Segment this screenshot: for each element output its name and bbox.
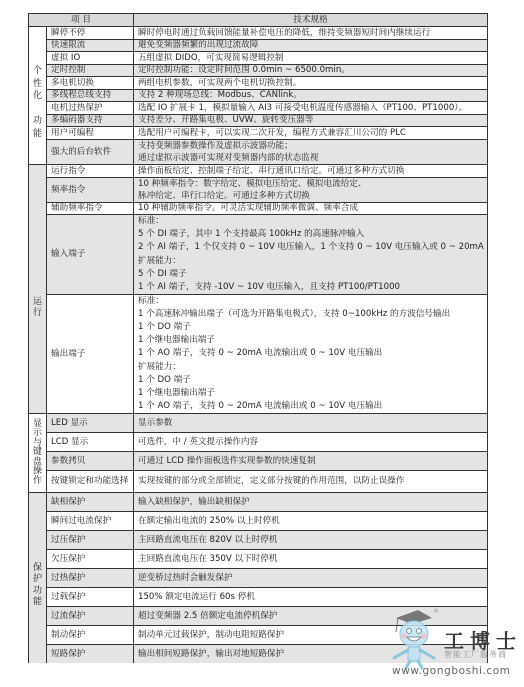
spec-line: 可通过 LCD 操作面板选件实现参数的快速复制 [138, 455, 487, 468]
spec-line: 1 个 AO 端子，支持 0 ~ 20mA 电流输出或 0 ~ 10V 电压输出 [138, 400, 487, 413]
category-char: 化 [33, 90, 42, 103]
spec-line: 瞬时停电时通过负载回馈能量补偿电压的降低，维持变频器短时间内继续运行 [138, 27, 487, 39]
item-name: 过热保护 [46, 569, 133, 587]
item-name: 过压保护 [46, 531, 133, 549]
table-row: 输入端子标准：5 个 DI 端子，其中 1 个支持最高 100kHz 的高速脉冲… [46, 214, 487, 294]
item-name: 快速限流 [46, 40, 133, 51]
spec-line: 5 个 DI 端子，其中 1 个支持最高 100kHz 的高速脉冲输入 [138, 228, 487, 241]
item-spec: 150% 额定电流运行 60s 停机 [133, 588, 487, 606]
item-name: 定时控制 [46, 65, 133, 76]
spec-line: 避免变频器频繁的出现过流故障 [138, 40, 487, 51]
spec-line: 选配用户可编程卡，可以实现二次开发，编程方式兼容汇川公司的 PLC [138, 127, 487, 139]
brand-tagline: 智能工厂服务商 [444, 649, 507, 660]
spec-line: 支持 2 种现场总线：Modbus、CANlink。 [138, 90, 487, 101]
spec-line: 1 个高速脉冲输出端子（可选为开路集电极式），支持 0~100kHz 的方波信号… [138, 308, 487, 321]
table-row: 瞬停不停瞬时停电时通过负载回馈能量补偿电压的降低，维持变频器短时间内继续运行 [46, 26, 487, 39]
header-spec: 技术规格 [133, 14, 487, 26]
table-row: 输出端子标准：1 个高速脉冲输出端子（可选为开路集电极式），支持 0~100kH… [46, 294, 487, 413]
category-cell: 保护功能 [29, 492, 46, 663]
item-spec: 选配用户可编程卡，可以实现二次开发，编程方式兼容汇川公司的 PLC [133, 127, 487, 139]
spec-line: 1 个 DO 端子 [138, 321, 487, 334]
spec-line: 150% 额定电流运行 60s 停机 [138, 591, 487, 604]
spec-line: 1 个 AO 端子，支持 0 ~ 20mA 电流输出或 0 ~ 10V 电压输出 [138, 347, 487, 360]
item-spec: 10 种频率指令：数字给定、模拟电压给定、模拟电流给定、脉冲给定、串行口给定。可… [133, 178, 487, 202]
spec-line: 脉冲给定、串行口给定。可通过多种方式切换 [138, 190, 487, 202]
item-spec: 两组电机参数，可实现两个电机切换控制。 [133, 77, 487, 89]
item-name: LED 显示 [46, 414, 133, 432]
table-row: LCD 显示可选件，中 / 英文提示操作内容 [46, 432, 487, 451]
category-char: 个 [33, 65, 42, 78]
item-spec: 五组虚拟 DIDO，可实现简易逻辑控制 [133, 52, 487, 64]
category-char: 性 [33, 78, 42, 91]
item-spec: 可选件，中 / 英文提示操作内容 [133, 433, 487, 451]
header-item: 项 目 [29, 14, 133, 26]
item-name: 频率指令 [46, 178, 133, 202]
item-spec: 主回路直流电压在 820V 以上时停机 [133, 531, 487, 549]
item-spec: 主回路直流电压在 350V 以下时停机 [133, 550, 487, 568]
spec-line: 定时控制功能：设定时间范围 0.0min ~ 6500.0min。 [138, 65, 487, 76]
item-name: 多线程总线支持 [46, 90, 133, 101]
table-row: 瞬间过电流保护在额定输出电流的 250% 以上时停机 [46, 511, 487, 530]
spec-line: 1 个继电器输出端子 [138, 334, 487, 347]
item-spec: 定时控制功能：设定时间范围 0.0min ~ 6500.0min。 [133, 65, 487, 76]
item-spec: 在额定输出电流的 250% 以上时停机 [133, 512, 487, 530]
item-name: 短路保护 [46, 645, 133, 663]
table-row: 欠压保护主回路直流电压在 350V 以下时停机 [46, 549, 487, 568]
table-row: 缺相保护输入缺相保护，输出缺相保护 [46, 492, 487, 511]
category-cell: 显示与键盘操作 [29, 413, 46, 492]
item-name: 按键锁定和功能选择 [46, 471, 133, 492]
spec-line: 通过虚拟示波器可实现对变频器内部的状态监视 [138, 152, 487, 164]
item-name: 多编码器支持 [46, 115, 133, 126]
spec-line: 可选件，中 / 英文提示操作内容 [138, 436, 487, 449]
item-name: LCD 显示 [46, 433, 133, 451]
brand-url: www.gongboshi.com [392, 665, 511, 677]
table-row: 虚拟 IO五组虚拟 DIDO，可实现简易逻辑控制 [46, 51, 487, 64]
category-char [36, 103, 39, 116]
item-name: 缺相保护 [46, 493, 133, 511]
item-spec: 选配 IO 扩展卡 1，模拟量输入 AI3 可接受电机温度传感器输入（PT100… [133, 102, 487, 114]
item-name: 过流保护 [46, 607, 133, 625]
item-spec: 标准：1 个高速脉冲输出端子（可选为开路集电极式），支持 0~100kHz 的方… [133, 295, 487, 413]
spec-line: 10 种辅助频率指令。可灵活实现辅助频率微调、频率合成 [138, 203, 487, 214]
spec-line: 标准： [138, 295, 487, 308]
table-row: 电机过热保护选配 IO 扩展卡 1，模拟量输入 AI3 可接受电机温度传感器输入… [46, 101, 487, 114]
category-char: 护 [33, 574, 42, 585]
spec-line: 1 个继电器输出端子 [138, 387, 487, 400]
spec-line: 输入缺相保护，输出缺相保护 [138, 496, 487, 509]
spec-line: 标准： [138, 215, 487, 228]
item-name: 电机过热保护 [46, 102, 133, 114]
spec-line: 逆变桥过热时会触发保护 [138, 572, 487, 585]
table-row: 运行指令操作面板给定、控制端子给定、串行通讯口给定。可通过多种方式切换 [46, 164, 487, 177]
category-char: 行 [33, 308, 42, 319]
table-row: 过热保护逆变桥过热时会触发保护 [46, 568, 487, 587]
item-spec: 10 种辅助频率指令。可灵活实现辅助频率微调、频率合成 [133, 203, 487, 214]
item-name: 强大的后台软件 [46, 140, 133, 164]
item-name: 过载保护 [46, 588, 133, 606]
registered-mark: ® [433, 608, 439, 615]
item-spec: 支持 2 种现场总线：Modbus、CANlink。 [133, 90, 487, 101]
category-char: 保 [33, 563, 42, 574]
table-row: 频率指令10 种频率指令：数字给定、模拟电压给定、模拟电流给定、脉冲给定、串行口… [46, 177, 487, 202]
item-spec: 操作面板给定、控制端子给定、串行通讯口给定。可通过多种方式切换 [133, 165, 487, 177]
spec-line: 主回路直流电压在 820V 以上时停机 [138, 534, 487, 547]
category-char: 运 [33, 297, 42, 308]
item-name: 制动保护 [46, 626, 133, 644]
spec-line: 扩展能力： [138, 361, 487, 374]
spec-line: 五组虚拟 DIDO，可实现简易逻辑控制 [138, 52, 487, 64]
table-row: 多电机切换两组电机参数，可实现两个电机切换控制。 [46, 76, 487, 89]
table-row: 多线程总线支持支持 2 种现场总线：Modbus、CANlink。 [46, 89, 487, 101]
item-name: 瞬间过电流保护 [46, 512, 133, 530]
spec-line: 1 个 DO 端子 [138, 374, 487, 387]
table-row: 强大的后台软件支持变频器参数操作及虚拟示波器功能；通过虚拟示波器可实现对变频器内… [46, 139, 487, 164]
table-row: 过压保护主回路直流电压在 820V 以上时停机 [46, 530, 487, 549]
spec-line: 扩展能力： [138, 255, 487, 268]
spec-table: 项 目 技术规格 瞬停不停瞬时停电时通过负载回馈能量补偿电压的降低，维持变频器短… [28, 13, 488, 663]
category-char: 功 [33, 586, 42, 597]
spec-line: 两组电机参数，可实现两个电机切换控制。 [138, 77, 487, 89]
item-name: 参数拷贝 [46, 452, 133, 470]
category-cell: 个性化 功能 [29, 26, 46, 164]
spec-line: 实现按键的部分或全部锁定，定义部分按键的作用范围，以防止误操作 [138, 475, 487, 488]
category-cell: 运行 [29, 164, 46, 413]
spec-line: 显示参数 [138, 417, 487, 430]
item-name: 多电机切换 [46, 77, 133, 89]
category-char: 作 [33, 477, 42, 486]
item-spec: 标准：5 个 DI 端子，其中 1 个支持最高 100kHz 的高速脉冲输入2 … [133, 215, 487, 294]
spec-line: 支持变频器参数操作及虚拟示波器功能； [138, 140, 487, 152]
table-row: 按键锁定和功能选择实现按键的部分或全部锁定，定义部分按键的作用范围，以防止误操作 [46, 470, 487, 492]
item-name: 瞬停不停 [46, 27, 133, 39]
item-spec: 支持变频器参数操作及虚拟示波器功能；通过虚拟示波器可实现对变频器内部的状态监视 [133, 140, 487, 164]
item-name: 虚拟 IO [46, 52, 133, 64]
table-row: 过载保护150% 额定电流运行 60s 停机 [46, 587, 487, 606]
table-row: 辅助频率指令10 种辅助频率指令。可灵活实现辅助频率微调、频率合成 [46, 202, 487, 214]
item-name: 用户可编程 [46, 127, 133, 139]
item-spec: 逆变桥过热时会触发保护 [133, 569, 487, 587]
spec-line: 选配 IO 扩展卡 1，模拟量输入 AI3 可接受电机温度传感器输入（PT100… [138, 102, 487, 114]
spec-line: 主回路直流电压在 350V 以下时停机 [138, 553, 487, 566]
item-name: 输出端子 [46, 295, 133, 413]
table-row: 快速限流避免变频器频繁的出现过流故障 [46, 39, 487, 51]
item-spec: 瞬时停电时通过负载回馈能量补偿电压的降低，维持变频器短时间内继续运行 [133, 27, 487, 39]
table-row: 用户可编程选配用户可编程卡，可以实现二次开发，编程方式兼容汇川公司的 PLC [46, 126, 487, 139]
category-char: 能 [33, 597, 42, 608]
category-char: 能 [33, 128, 42, 141]
spec-line: 支持差分、开路集电极、UVW、旋转变压器等 [138, 115, 487, 126]
item-name: 输入端子 [46, 215, 133, 294]
spec-line: 10 种频率指令：数字给定、模拟电压给定、模拟电流给定、 [138, 178, 487, 190]
spec-line: 在额定输出电流的 250% 以上时停机 [138, 515, 487, 528]
item-spec: 可通过 LCD 操作面板选件实现参数的快速复制 [133, 452, 487, 470]
item-spec: 支持差分、开路集电极、UVW、旋转变压器等 [133, 115, 487, 126]
spec-line: 操作面板给定、控制端子给定、串行通讯口给定。可通过多种方式切换 [138, 165, 487, 177]
item-spec: 显示参数 [133, 414, 487, 432]
item-spec: 避免变频器频繁的出现过流故障 [133, 40, 487, 51]
table-row: 定时控制定时控制功能：设定时间范围 0.0min ~ 6500.0min。 [46, 64, 487, 76]
item-name: 欠压保护 [46, 550, 133, 568]
spec-line: 5 个 DI 端子 [138, 268, 487, 281]
item-name: 辅助频率指令 [46, 203, 133, 214]
table-row: 多编码器支持支持差分、开路集电极、UVW、旋转变压器等 [46, 114, 487, 126]
table-row: 参数拷贝可通过 LCD 操作面板选件实现参数的快速复制 [46, 451, 487, 470]
table-header: 项 目 技术规格 [29, 14, 487, 26]
item-spec: 实现按键的部分或全部锁定，定义部分按键的作用范围，以防止误操作 [133, 471, 487, 492]
spec-line: 2 个 AI 端子，1 个仅支持 0 ~ 10V 电压输入，1 个支持 0 ~ … [138, 241, 487, 254]
spec-line: 1 个 AI 端子，支持 -10V ~ 10V 电压输入，且支持 PT100/P… [138, 281, 487, 294]
item-spec: 输入缺相保护，输出缺相保护 [133, 493, 487, 511]
table-row: LED 显示显示参数 [46, 413, 487, 432]
item-name: 运行指令 [46, 165, 133, 177]
category-char: 功 [33, 115, 42, 128]
